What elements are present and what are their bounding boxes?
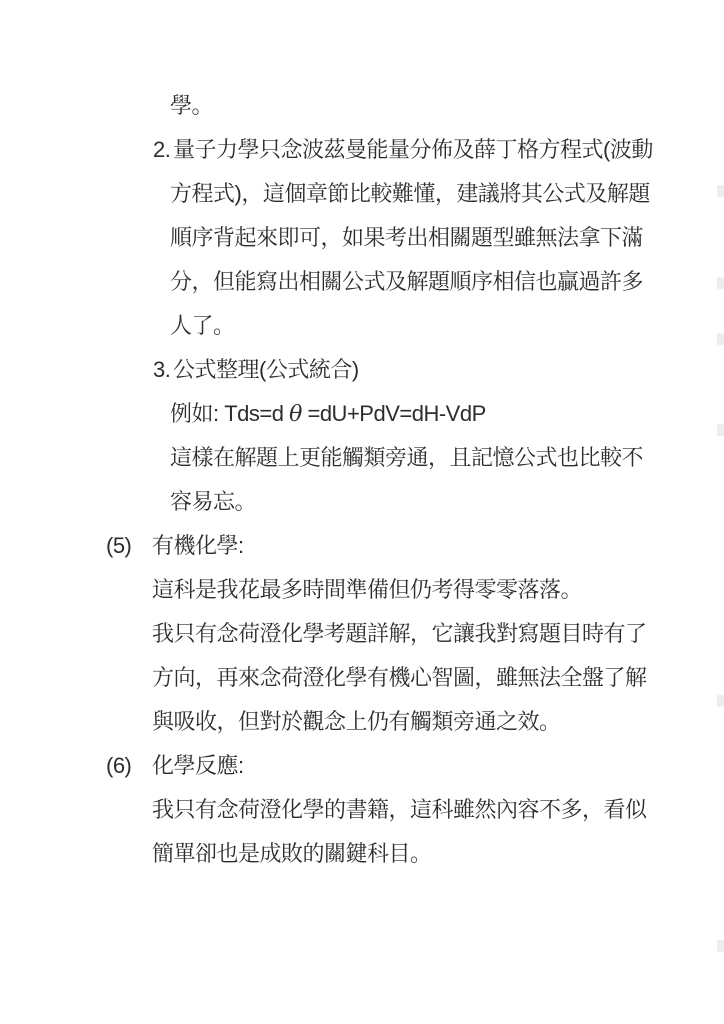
text-line: 學。 [170,93,213,118]
text-line: 分，但能寫出相關公式及解題順序相信也贏過許多 [170,269,643,294]
scan-artifact-mark [717,940,724,952]
scan-artifact-mark [717,424,724,436]
continuation-line: 容易忘。 [0,480,724,524]
text-line: 化學反應: [152,753,244,778]
paren-number: (5) [106,524,152,568]
scan-artifact-mark [717,185,724,197]
text-line: 方向，再來念荷澄化學有機心智圖，雖無法全盤了解 [152,665,647,690]
body-line: 我只有念荷澄化學的書籍，這科雖然內容不多，看似 [0,788,724,832]
body-line: 這科是我花最多時間準備但仍考得零零落落。 [0,568,724,612]
continuation-line: 例如: Tds=d θ =dU+PdV=dH-VdP [0,392,724,436]
text-line: 有機化學: [152,533,244,558]
body-line: 與吸收，但對於觀念上仍有觸類旁通之效。 [0,700,724,744]
list-number: 3. [153,348,173,392]
scan-artifact-mark [717,333,724,345]
continuation-line: 順序背起來即可，如果考出相關題型雖無法拿下滿 [0,216,724,260]
continuation-line: 方程式)，這個章節比較難懂，建議將其公式及解題 [0,172,724,216]
document-page: 學。2.量子力學只念波茲曼能量分佈及薛丁格方程式(波動方程式)，這個章節比較難懂… [0,0,724,1024]
paren-number: (6) [106,744,152,788]
theta-symbol: θ [289,402,302,427]
body-line: 簡單卻也是成敗的關鍵科目。 [0,832,724,876]
body-line: 方向，再來念荷澄化學有機心智圖，雖無法全盤了解 [0,656,724,700]
text-line: 例如: Tds=d θ =dU+PdV=dH-VdP [170,401,486,426]
continuation-line: 人了。 [0,304,724,348]
paren-item-line: (6)化學反應: [0,744,724,788]
continuation-line: 分，但能寫出相關公式及解題順序相信也贏過許多 [0,260,724,304]
text-line: 這科是我花最多時間準備但仍考得零零落落。 [152,577,582,602]
list-number: 2. [153,128,173,172]
text-line: 順序背起來即可，如果考出相關題型雖無法拿下滿 [170,225,643,250]
text-line: 與吸收，但對於觀念上仍有觸類旁通之效。 [152,709,561,734]
continuation-line: 學。 [0,84,724,128]
body-line: 我只有念荷澄化學考題詳解，它讓我對寫題目時有了 [0,612,724,656]
text-line: 人了。 [170,313,235,338]
numbered-item-line: 2.量子力學只念波茲曼能量分佈及薛丁格方程式(波動 [0,128,724,172]
text-line: 這樣在解題上更能觸類旁通，且記憶公式也比較不 [170,445,643,470]
text-line: 我只有念荷澄化學考題詳解，它讓我對寫題目時有了 [152,621,647,646]
scan-artifact-mark [717,277,724,289]
document-content: 學。2.量子力學只念波茲曼能量分佈及薛丁格方程式(波動方程式)，這個章節比較難懂… [0,84,724,876]
paren-item-line: (5)有機化學: [0,524,724,568]
continuation-line: 這樣在解題上更能觸類旁通，且記憶公式也比較不 [0,436,724,480]
text-line: 容易忘。 [170,489,256,514]
text-line: 公式整理(公式統合) [173,357,359,382]
numbered-item-line: 3.公式整理(公式統合) [0,348,724,392]
scan-artifact-mark [717,695,724,707]
text-line: 方程式)，這個章節比較難懂，建議將其公式及解題 [170,181,650,206]
text-line: 簡單卻也是成敗的關鍵科目。 [152,841,432,866]
text-line: 我只有念荷澄化學的書籍，這科雖然內容不多，看似 [152,797,647,822]
text-line: 量子力學只念波茲曼能量分佈及薛丁格方程式(波動 [173,137,653,162]
